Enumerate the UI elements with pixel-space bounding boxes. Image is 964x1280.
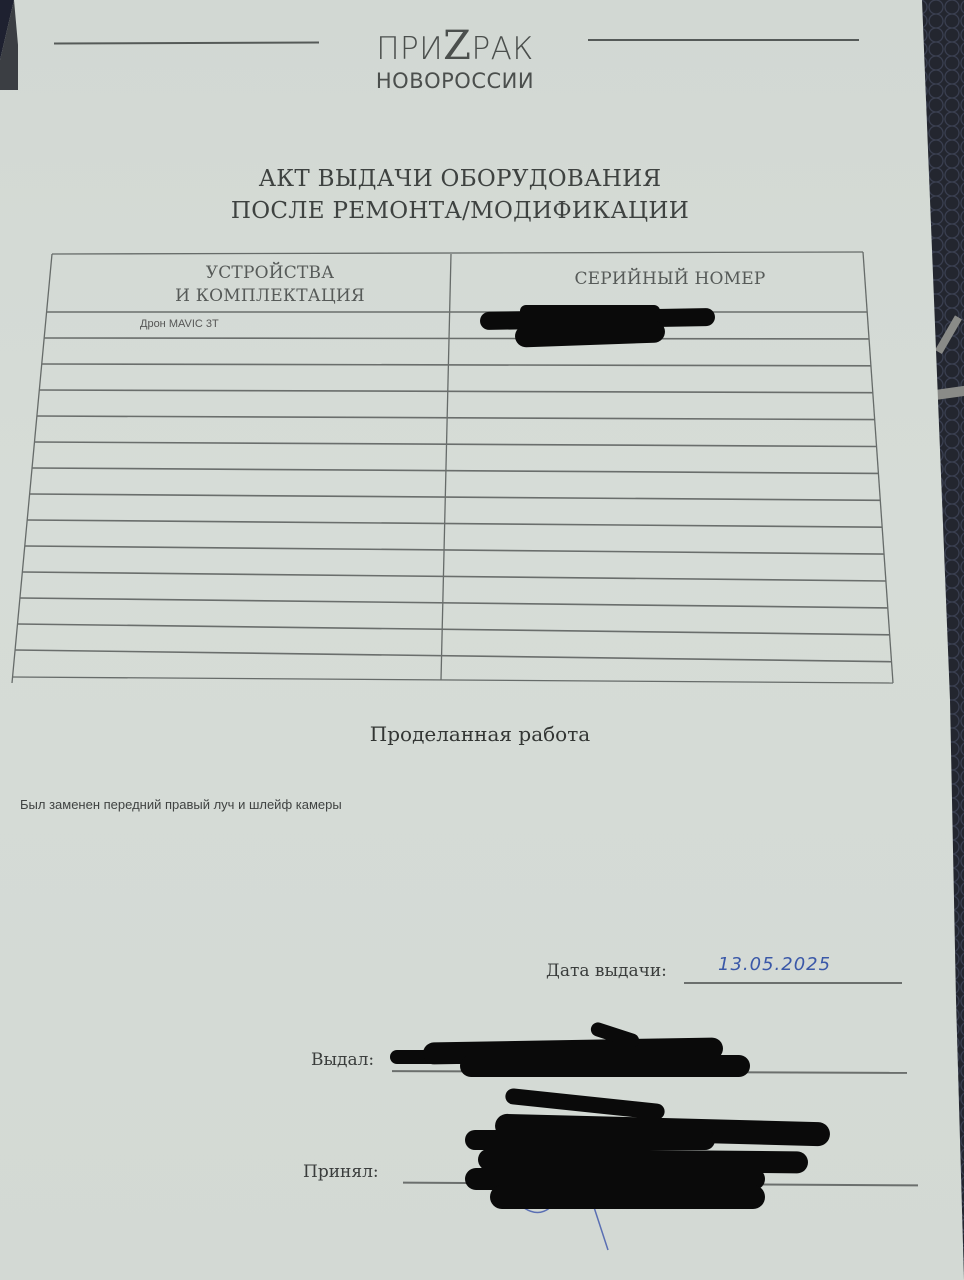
table-grid: [0, 0, 964, 700]
column-header-serial-line1: СЕРИЙНЫЙ НОМЕР: [515, 268, 825, 291]
paper-sheet: ПРИZРАК НОВОРОССИИ АКТ ВЫДАЧИ ОБОРУДОВАН…: [0, 0, 964, 1280]
received-by-label: Принял:: [303, 1162, 379, 1182]
redaction-stroke: [465, 1130, 715, 1150]
redaction-stroke: [460, 1055, 750, 1077]
work-done-title: Проделанная работа: [270, 722, 690, 746]
column-header-devices-line1: УСТРОЙСТВА: [120, 262, 420, 285]
redaction-stroke: [490, 1185, 765, 1209]
redaction-stroke: [520, 305, 660, 317]
issue-date-line: [684, 982, 902, 984]
issue-date-value[interactable]: 13.05.2025: [718, 954, 831, 975]
work-done-description: Был заменен передний правый луч и шлейф …: [20, 797, 342, 812]
column-header-devices-line2: И КОМПЛЕКТАЦИЯ: [120, 285, 420, 308]
issued-by-label: Выдал:: [311, 1050, 374, 1070]
column-header-serial: СЕРИЙНЫЙ НОМЕР: [515, 268, 825, 291]
equipment-table: УСТРОЙСТВА И КОМПЛЕКТАЦИЯ СЕРИЙНЫЙ НОМЕР…: [0, 0, 964, 700]
issue-date-label: Дата выдачи:: [546, 961, 667, 981]
column-header-devices: УСТРОЙСТВА И КОМПЛЕКТАЦИЯ: [120, 262, 420, 308]
table-cell-device: Дрон MAVIC 3T: [140, 318, 219, 330]
